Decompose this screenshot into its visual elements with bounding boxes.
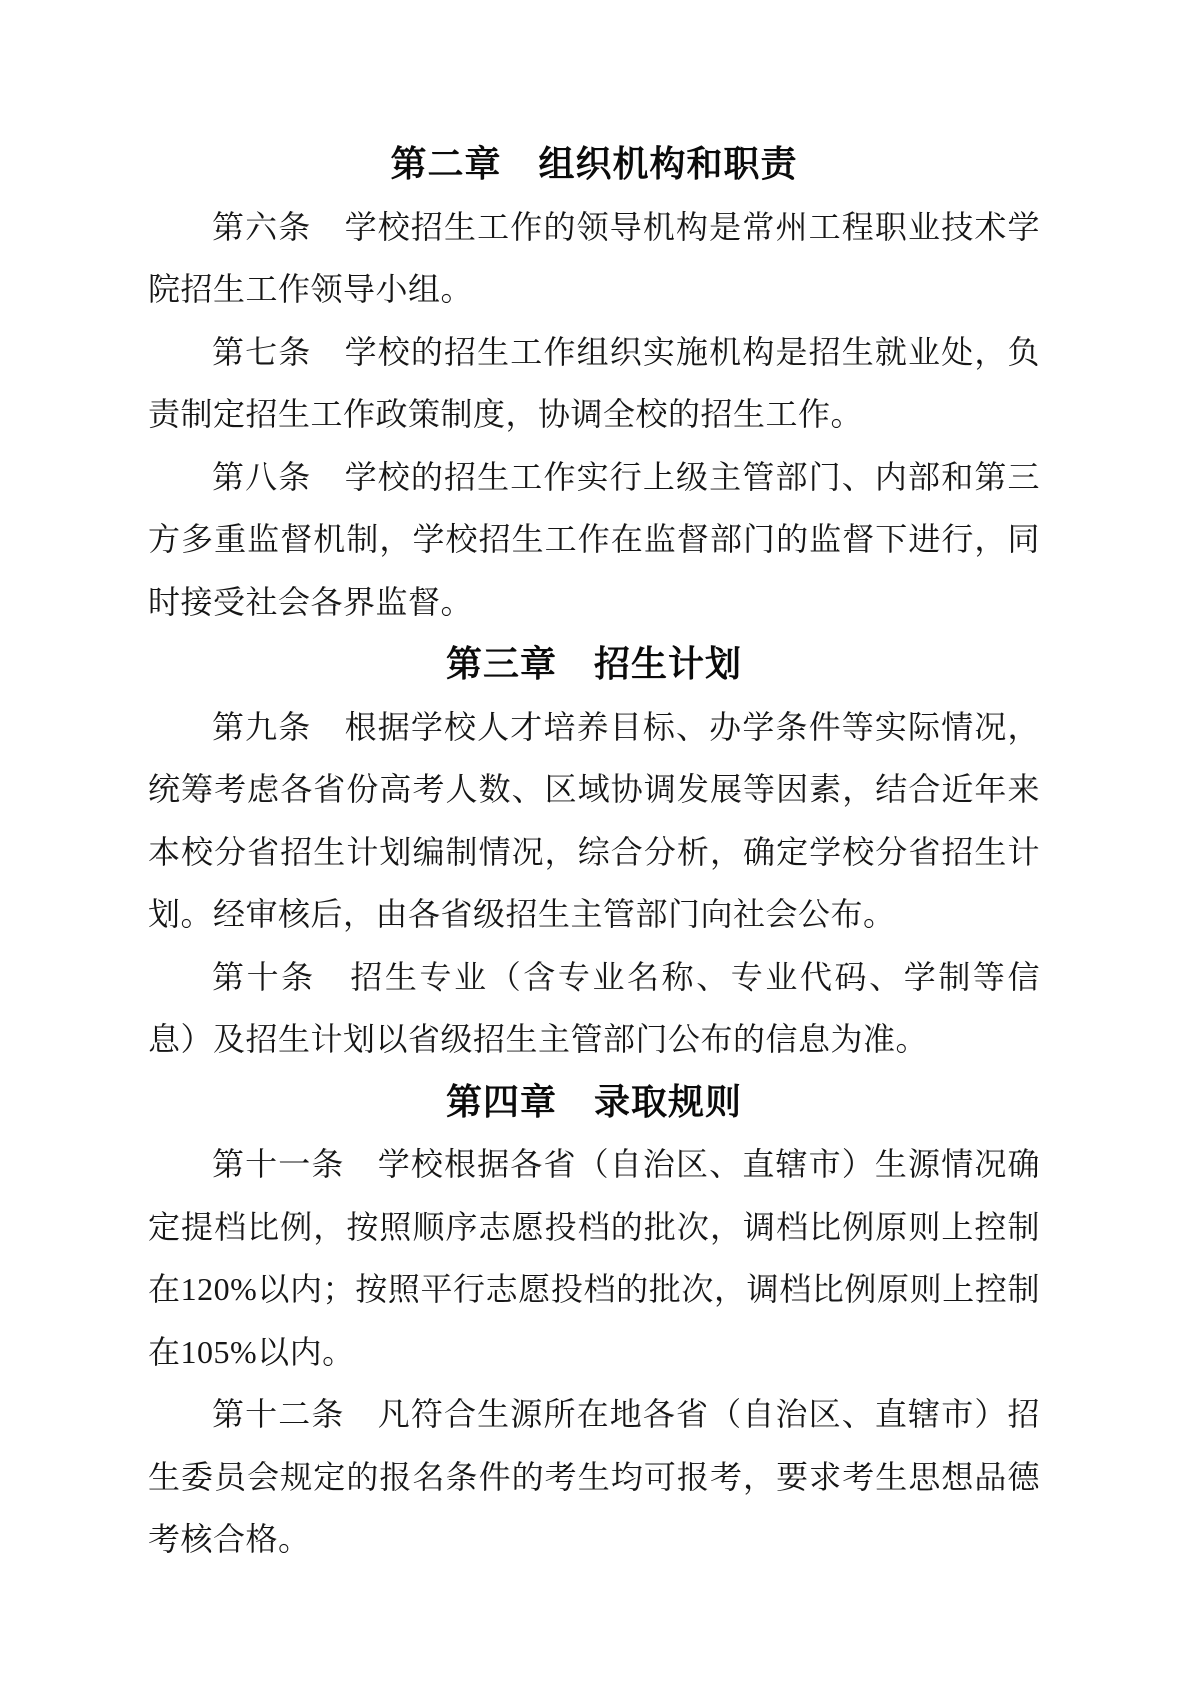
article-10-paragraph: 第十条 招生专业（含专业名称、专业代码、学制等信息）及招生计划以省级招生主管部门… bbox=[148, 946, 1040, 1071]
chapter-2-heading: 第二章 组织机构和职责 bbox=[148, 133, 1040, 196]
document-body: 第二章 组织机构和职责 第六条 学校招生工作的领导机构是常州工程职业技术学院招生… bbox=[148, 133, 1040, 1571]
chapter-3-heading: 第三章 招生计划 bbox=[148, 633, 1040, 696]
document-page: 第二章 组织机构和职责 第六条 学校招生工作的领导机构是常州工程职业技术学院招生… bbox=[0, 0, 1191, 1684]
chapter-4-heading: 第四章 录取规则 bbox=[148, 1071, 1040, 1134]
article-6-paragraph: 第六条 学校招生工作的领导机构是常州工程职业技术学院招生工作领导小组。 bbox=[148, 196, 1040, 321]
article-7-paragraph: 第七条 学校的招生工作组织实施机构是招生就业处，负责制定招生工作政策制度，协调全… bbox=[148, 321, 1040, 446]
article-8-paragraph: 第八条 学校的招生工作实行上级主管部门、内部和第三方多重监督机制，学校招生工作在… bbox=[148, 446, 1040, 634]
article-12-paragraph: 第十二条 凡符合生源所在地各省（自治区、直辖市）招生委员会规定的报名条件的考生均… bbox=[148, 1383, 1040, 1571]
article-9-paragraph: 第九条 根据学校人才培养目标、办学条件等实际情况，统筹考虑各省份高考人数、区域协… bbox=[148, 696, 1040, 946]
article-11-paragraph: 第十一条 学校根据各省（自治区、直辖市）生源情况确定提档比例，按照顺序志愿投档的… bbox=[148, 1133, 1040, 1383]
